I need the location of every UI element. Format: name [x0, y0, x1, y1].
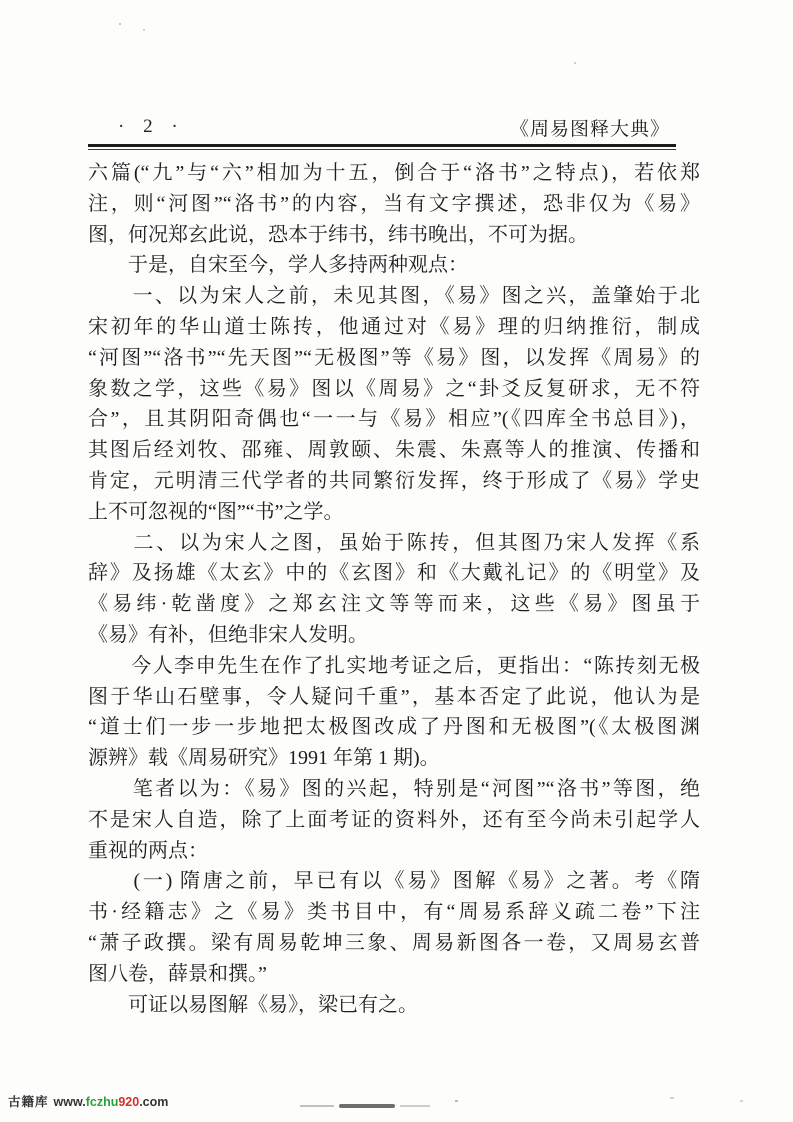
- watermark-url-www: www.: [54, 1095, 86, 1109]
- scan-artifact: [300, 1105, 334, 1107]
- text-line: 不是宋人自造，除了上面考证的资料外，还有至今尚未引起学人: [88, 805, 700, 836]
- text-line: 合”，且其阴阳奇偶也“一一与《易》相应”(《四库全书总目》)，: [88, 404, 700, 435]
- header-rule-thick-line: [88, 144, 676, 147]
- text-line: 《易》有补，但绝非宋人发明。: [88, 620, 700, 651]
- text-line: 可证以易图解《易》，梁已有之。: [88, 990, 700, 1021]
- page-header: · 2 · 《周易图释大典》: [88, 112, 700, 142]
- book-title: 《周易图释大典》: [510, 114, 670, 141]
- text-line: 重视的两点：: [88, 836, 700, 867]
- scan-artifact: [143, 29, 145, 31]
- watermark-site-name: 古籍库: [8, 1095, 49, 1109]
- text-line: 于是，自宋至今，学人多持两种观点：: [88, 250, 700, 281]
- watermark-url-tld: .com: [139, 1095, 168, 1109]
- watermark-url-number: 920: [118, 1095, 139, 1109]
- text-line: 上不可忽视的“图”“书”之学。: [88, 497, 700, 528]
- scan-artifact: [455, 1100, 458, 1102]
- text-line: “河图”“洛书”“先天图”“无极图”等《易》图，以发挥《周易》的: [88, 343, 700, 374]
- text-line: 图于华山石壁事，令人疑问千重”，基本否定了此说，他认为是: [88, 682, 700, 713]
- scanned-book-page: · 2 · 《周易图释大典》 六篇(“九”与“六”相加为十五，倒合于“洛书”之特…: [0, 0, 793, 1122]
- scan-artifact: [400, 1105, 430, 1107]
- text-line: 一、以为宋人之前，未见其图，《易》图之兴，盖肇始于北: [88, 281, 700, 312]
- text-line: 象数之学，这些《易》图以《周易》之“卦爻反复研求，无不符: [88, 374, 700, 405]
- text-line: 图八卷，薛景和撰。”: [88, 959, 700, 990]
- text-line: 二、以为宋人之图，虽始于陈抟，但其图乃宋人发挥《系: [88, 528, 700, 559]
- page-number: · 2 ·: [118, 116, 185, 138]
- text-line: “道士们一步一步地把太极图改成了丹图和无极图”(《太极图渊: [88, 712, 700, 743]
- body-text-block: 六篇(“九”与“六”相加为十五，倒合于“洛书”之特点)，若依郑 注，则“河图”“…: [88, 158, 700, 1020]
- text-line: “萧子政撰。梁有周易乾坤三象、周易新图各一卷，又周易玄普: [88, 928, 700, 959]
- watermark-url-domain: fczhu: [86, 1095, 119, 1109]
- text-line: 《易纬·乾凿度》之郑玄注文等等而来，这些《易》图虽于: [88, 589, 700, 620]
- text-line: 其图后经刘牧、邵雍、周敦颐、朱震、朱熹等人的推演、传播和: [88, 435, 700, 466]
- text-line: 书·经籍志》之《易》类书目中，有“周易系辞义疏二卷”下注: [88, 897, 700, 928]
- text-line: 注，则“河图”“洛书”的内容，当有文字撰述，恐非仅为《易》: [88, 189, 700, 220]
- text-line: 今人李申先生在作了扎实地考证之后，更指出：“陈抟刻无极: [88, 651, 700, 682]
- text-line: 图，何况郑玄此说，恐本于纬书，纬书晚出，不可为据。: [88, 220, 700, 251]
- text-line: 辞》及扬雄《太玄》中的《玄图》和《大戴礼记》的《明堂》及: [88, 558, 700, 589]
- scan-artifact: [574, 62, 576, 64]
- text-line: 笔者以为：《易》图的兴起，特别是“河图”“洛书”等图，绝: [88, 774, 700, 805]
- text-line: 宋初年的华山道士陈抟，他通过对《易》理的归纳推衍，制成: [88, 312, 700, 343]
- text-line: 肯定，元明清三代学者的共同繁衍发挥，终于形成了《易》学史: [88, 466, 700, 497]
- text-line: 六篇(“九”与“六”相加为十五，倒合于“洛书”之特点)，若依郑: [88, 158, 700, 189]
- scan-artifact: [339, 1104, 395, 1108]
- header-rule-thin-line: [88, 149, 676, 150]
- scan-artifact: [740, 1100, 743, 1102]
- watermark: 古籍库www.fczhu920.com: [8, 1092, 168, 1110]
- scan-artifact: [670, 1097, 674, 1099]
- text-line: (一) 隋唐之前，早已有以《易》图解《易》之著。考《隋: [88, 866, 700, 897]
- header-rule: [88, 144, 676, 150]
- scan-artifact: [119, 23, 121, 25]
- text-line: 源辨》载《周易研究》1991 年第 1 期)。: [88, 743, 700, 774]
